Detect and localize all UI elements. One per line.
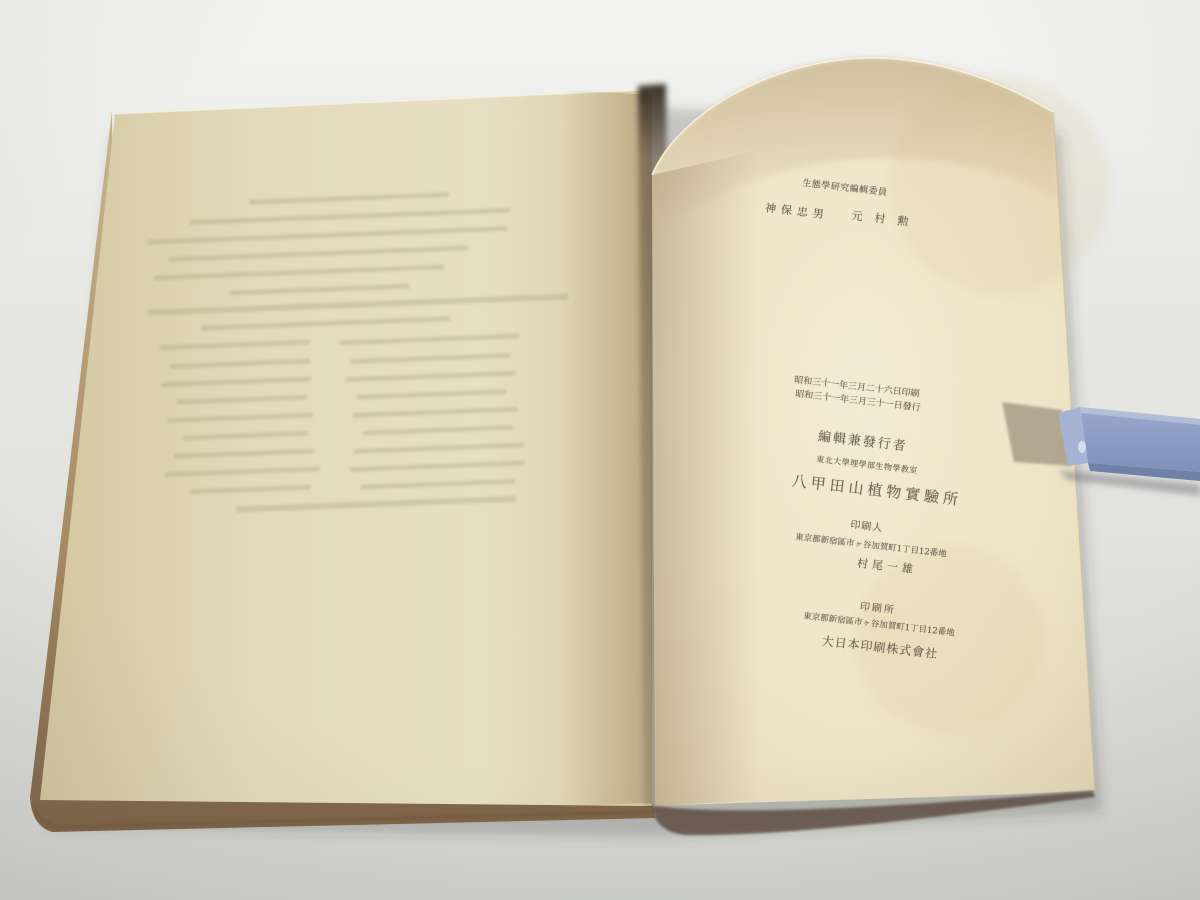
page-stain (890, 75, 1110, 295)
photo-of-open-book: 生態學研究編輯委員 神保忠男 元村勲 昭和三十一年三月二十六日印刷 昭和三十一年… (0, 0, 1200, 900)
left-page-gutter-shade (560, 90, 652, 806)
book-illustration (0, 0, 1200, 900)
stick-chip (1078, 441, 1086, 453)
right-page-gutter-shade (652, 150, 760, 806)
